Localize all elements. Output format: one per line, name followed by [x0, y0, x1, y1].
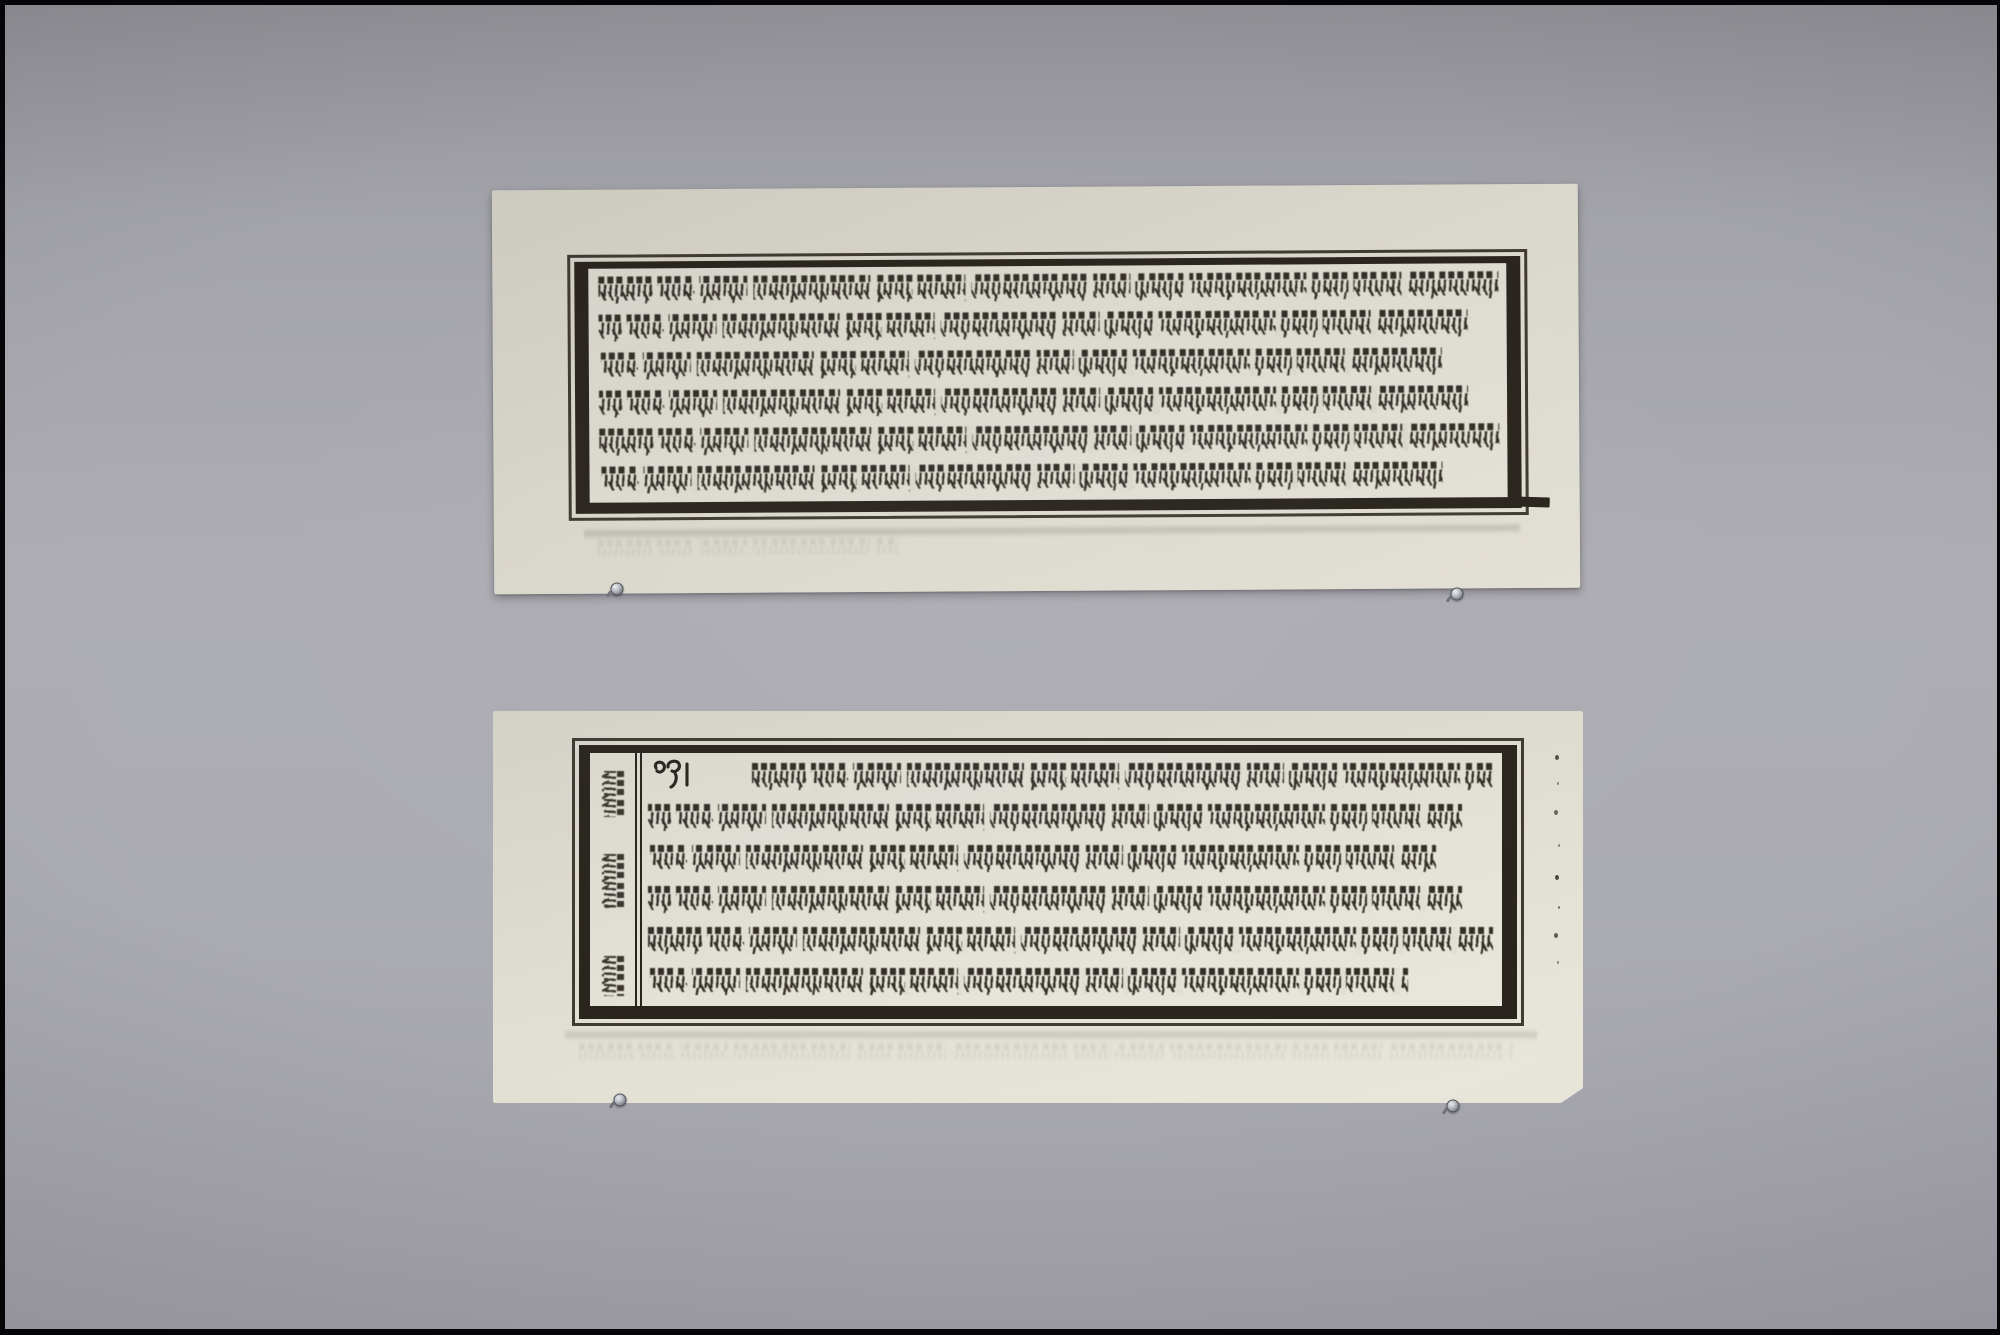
mounting-pin: [1451, 588, 1464, 601]
script-strokes: [599, 347, 1499, 379]
ghost-impression: [565, 1029, 1537, 1041]
upper-folio: [492, 184, 1580, 595]
script-strokes: [752, 763, 1493, 790]
margin-column: [590, 753, 642, 1006]
text-line: [648, 804, 1493, 831]
ghost-impression: [579, 1043, 1513, 1059]
text-line: [648, 927, 1493, 954]
text-line: [598, 271, 1498, 303]
ghost-impression: [584, 522, 1520, 540]
mounting-pin: [611, 583, 624, 596]
text-line: [648, 845, 1493, 872]
mounting-pin: [614, 1094, 627, 1107]
text-line: [599, 462, 1499, 494]
script-strokes: [648, 886, 1493, 913]
script-strokes: [648, 927, 1493, 954]
text-line: [648, 763, 1493, 790]
script-strokes: [599, 462, 1499, 494]
script-strokes: [648, 845, 1493, 872]
upper-print-frame: [574, 256, 1522, 514]
script-strokes: [599, 309, 1499, 341]
yig-mgo-mark: [650, 759, 692, 793]
lower-print-frame: [579, 745, 1517, 1019]
lower-folio: [493, 711, 1583, 1103]
text-line: [648, 886, 1493, 913]
script-strokes: [599, 385, 1499, 417]
text-line: [599, 423, 1499, 455]
text-line: [648, 968, 1493, 995]
margin-label: [602, 854, 624, 910]
text-line: [599, 347, 1499, 379]
margin-label: [602, 956, 624, 996]
lower-text-block: [648, 756, 1493, 1002]
photograph: [0, 0, 2000, 1335]
text-line: [599, 309, 1499, 341]
frame-overshoot-mark: [1514, 496, 1550, 507]
script-strokes: [648, 804, 1493, 831]
upper-text-block: [598, 265, 1499, 499]
margin-divider: [635, 745, 642, 1019]
script-strokes: [648, 968, 1465, 995]
text-line: [599, 385, 1499, 417]
margin-label: [602, 771, 624, 817]
mounting-pin: [1447, 1100, 1460, 1113]
script-strokes: [598, 271, 1498, 303]
script-strokes: [599, 423, 1499, 455]
ink-smudge-specks: [1555, 755, 1561, 985]
ghost-impression: [598, 538, 898, 556]
